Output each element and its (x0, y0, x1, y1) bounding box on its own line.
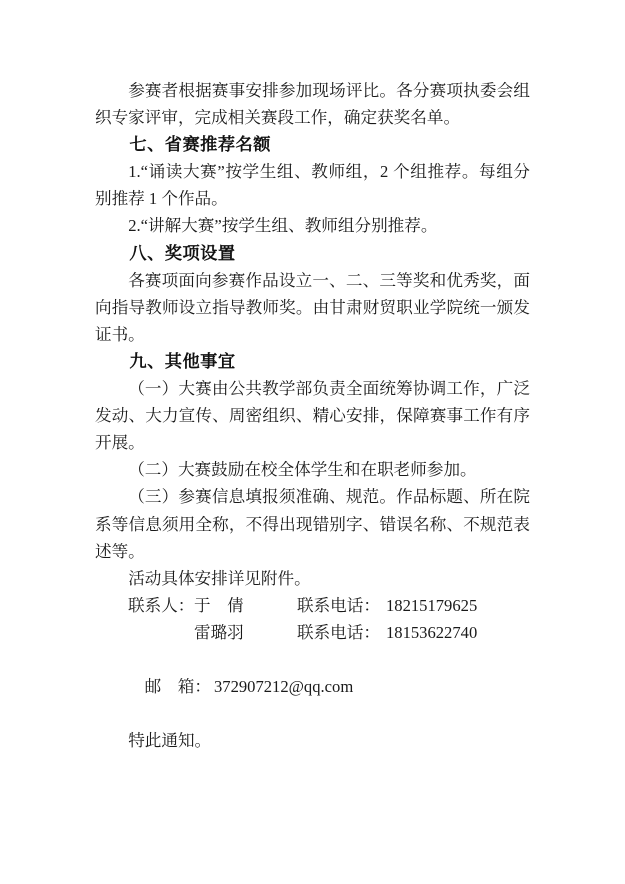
paragraph-recitation-quota: 1.“诵读大赛”按学生组、教师组，2 个组推荐。每组分别推荐 1 个作品。 (95, 158, 530, 212)
contact-phone-label: 联系电话： (297, 592, 380, 619)
notice-document-page: 参赛者根据赛事安排参加现场评比。各分赛项执委会组织专家评审，完成相关赛段工作，确… (0, 0, 625, 884)
section-heading-other-matters: 九、其他事宜 (95, 348, 530, 375)
paragraph-other-matters-1: （一）大赛由公共教学部负责全面统筹协调工作，广泛发动、大力宣传、周密组织、精心安… (95, 375, 530, 456)
email-address: 372907212@qq.com (214, 677, 353, 696)
paragraph-attachment-note: 活动具体安排详见附件。 (95, 565, 530, 592)
contact-phone-label: 联系电话： (297, 619, 380, 646)
contact-row-1: 联系人：于 倩联系电话：18215179625 (95, 592, 530, 619)
email-row: 邮 箱：372907212@qq.com (95, 646, 530, 727)
contact-phone-number: 18215179625 (386, 592, 477, 619)
contact-label: 联系人： (128, 592, 194, 619)
closing-statement: 特此通知。 (95, 727, 530, 754)
contact-phone-number: 18153622740 (386, 619, 477, 646)
paragraph-explanation-quota: 2.“讲解大赛”按学生组、教师组分别推荐。 (95, 212, 530, 239)
section-heading-awards: 八、奖项设置 (95, 240, 530, 267)
paragraph-onsite-evaluation: 参赛者根据赛事安排参加现场评比。各分赛项执委会组织专家评审，完成相关赛段工作，确… (95, 77, 530, 131)
contact-row-2: 雷璐羽联系电话：18153622740 (95, 619, 530, 646)
paragraph-awards-detail: 各赛项面向参赛作品设立一、二、三等奖和优秀奖，面向指导教师设立指导教师奖。由甘肃… (95, 267, 530, 348)
paragraph-other-matters-2: （二）大赛鼓励在校全体学生和在职老师参加。 (95, 456, 530, 483)
paragraph-other-matters-3: （三）参赛信息填报须准确、规范。作品标题、所在院系等信息须用全称，不得出现错别字… (95, 483, 530, 564)
email-label: 邮 箱： (145, 677, 211, 696)
contact-name: 于 倩 (194, 592, 297, 619)
contact-name: 雷璐羽 (194, 619, 297, 646)
contact-label (128, 619, 194, 646)
section-heading-provincial-quota: 七、省赛推荐名额 (95, 131, 530, 158)
